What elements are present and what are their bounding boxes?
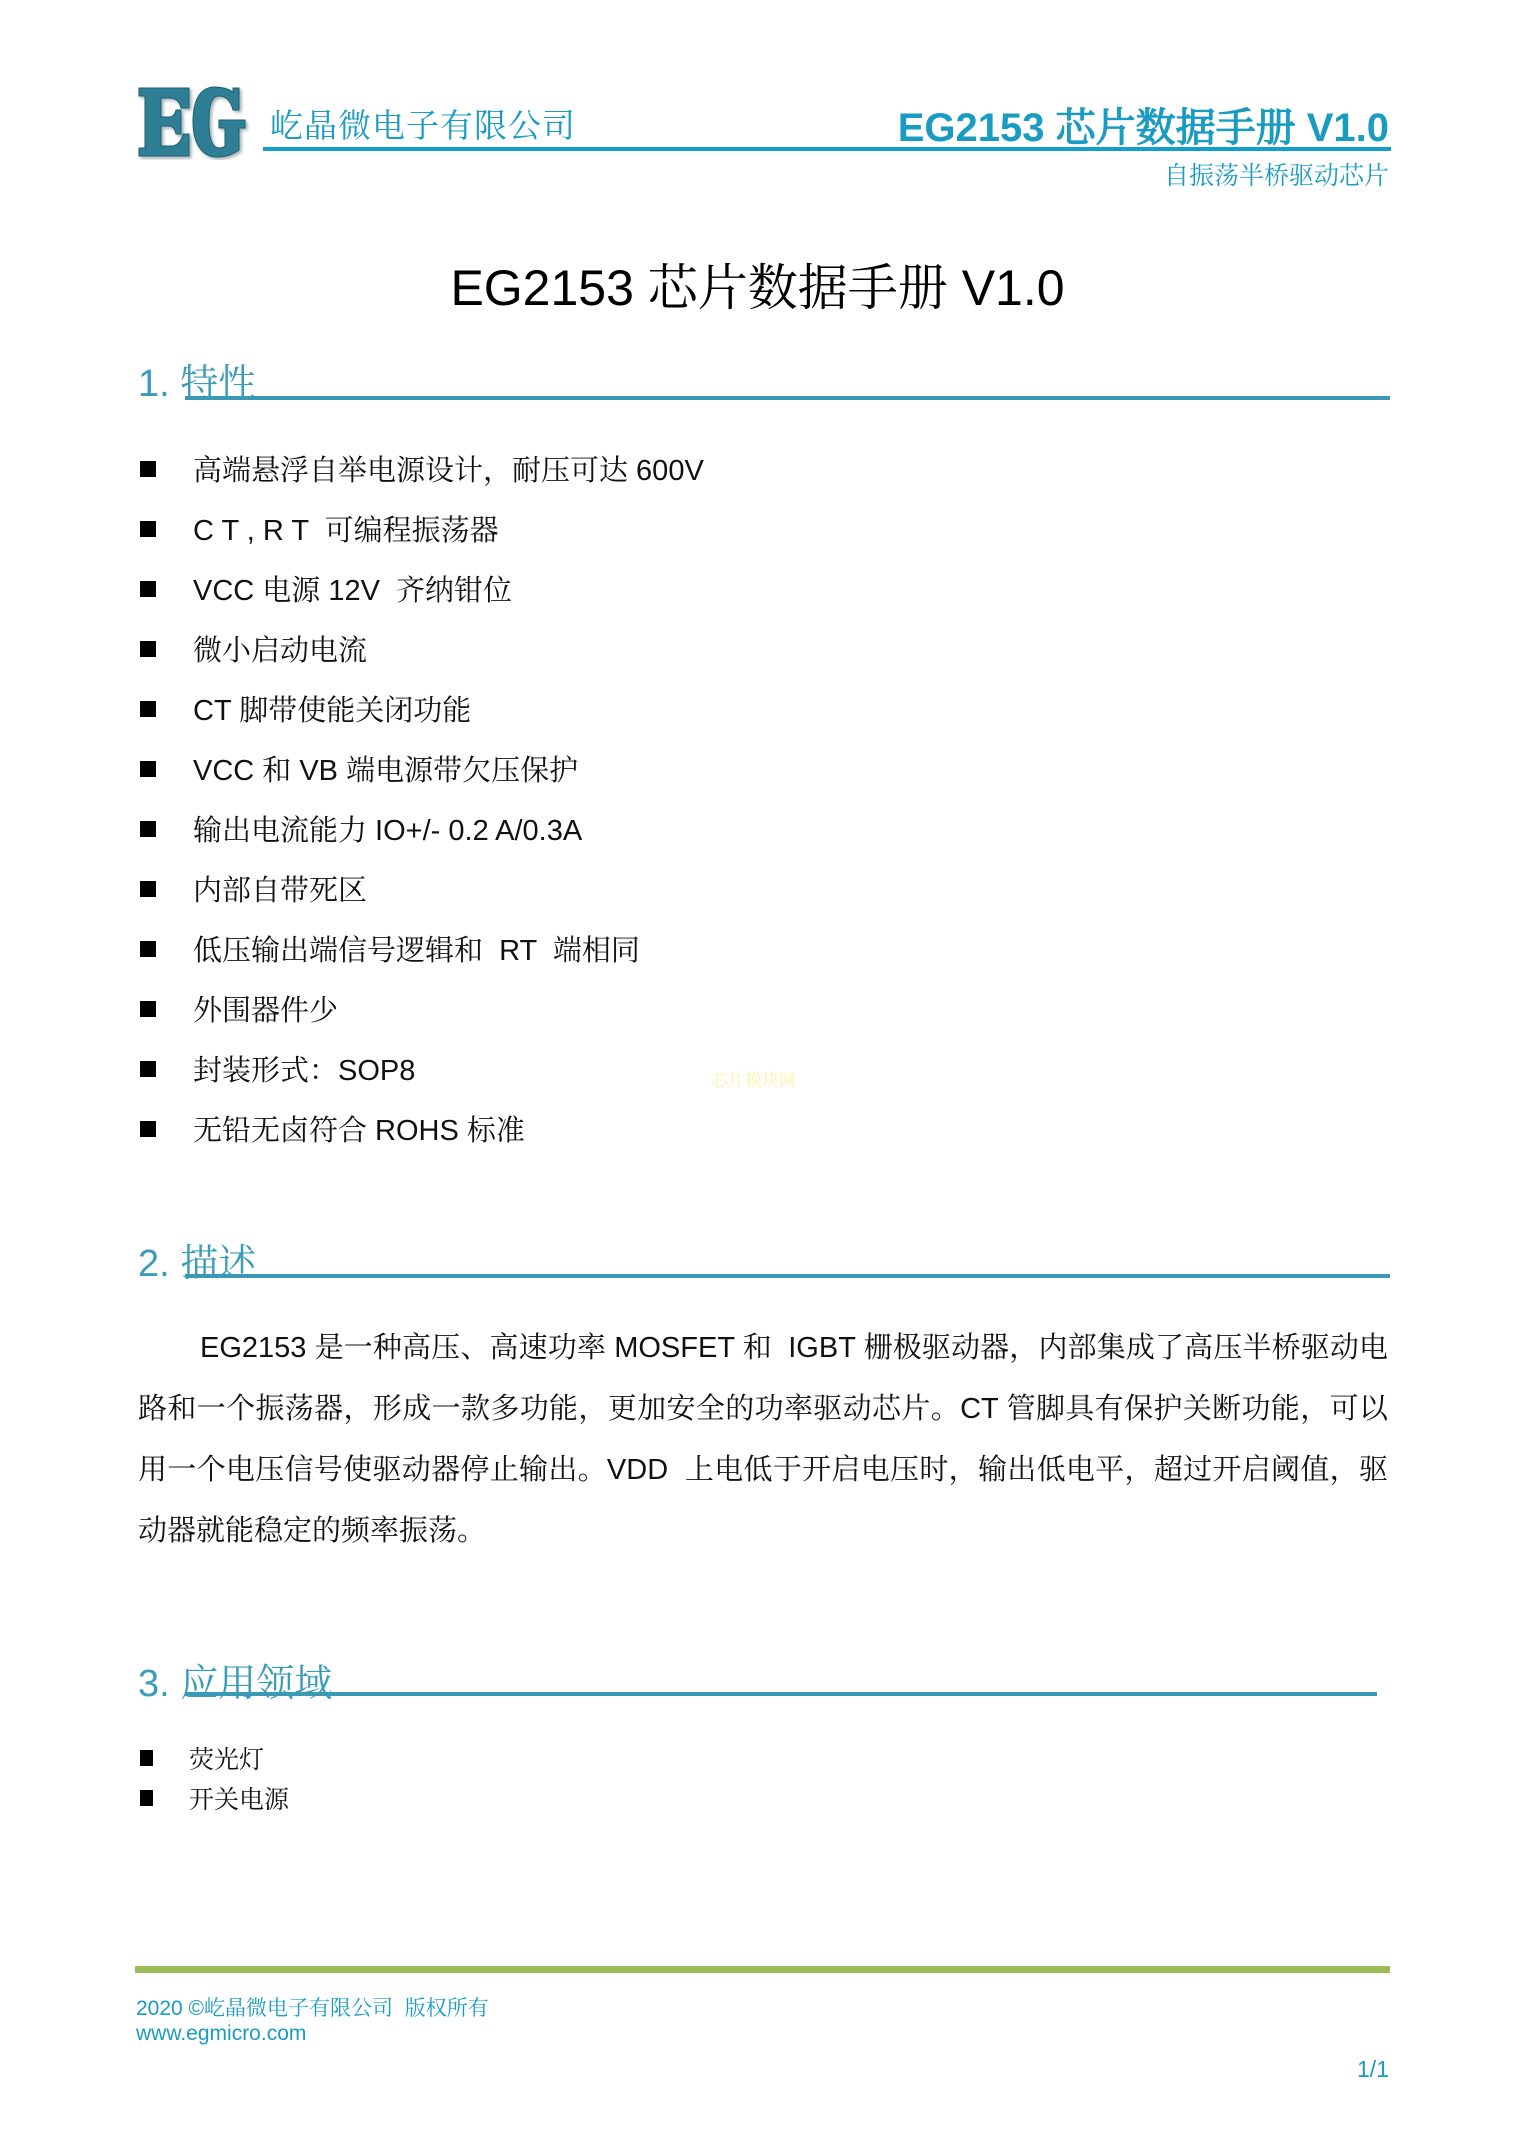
section-underline: [185, 1274, 1390, 1278]
bullet-square-icon: [140, 881, 156, 897]
watermark-text: 芯片模块网: [711, 1066, 796, 1091]
feature-text: 无铅无卤符合 ROHS 标准: [193, 1108, 525, 1149]
feature-item: VCC 电源 12V 齐纳钳位: [140, 568, 512, 609]
feature-text: 低压输出端信号逻辑和 RT 端相同: [193, 928, 640, 969]
footer-divider: [135, 1966, 1390, 1973]
feature-text: 输出电流能力 IO+/- 0.2 A/0.3A: [193, 808, 582, 849]
header-doc-title: EG2153 芯片数据手册 V1.0: [898, 96, 1389, 153]
feature-item: 输出电流能力 IO+/- 0.2 A/0.3A: [140, 808, 582, 849]
bullet-square-icon: [140, 701, 156, 717]
application-item: 荧光灯: [140, 1740, 264, 1776]
bullet-square-icon: [140, 461, 156, 477]
bullet-square-icon: [140, 581, 156, 597]
bullet-square-icon: [140, 821, 156, 837]
footer-website-link[interactable]: www.egmicro.com: [136, 2022, 306, 2046]
feature-item: 微小启动电流: [140, 628, 367, 669]
bullet-square-icon: [140, 1790, 153, 1806]
section-underline: [185, 1692, 1377, 1696]
feature-item: 无铅无卤符合 ROHS 标准: [140, 1108, 525, 1149]
bullet-square-icon: [140, 1061, 156, 1077]
feature-item: 低压输出端信号逻辑和 RT 端相同: [140, 928, 640, 969]
application-text: 荧光灯: [189, 1740, 264, 1776]
header-divider-left: [263, 147, 801, 151]
feature-text: CT 脚带使能关闭功能: [193, 688, 471, 729]
bullet-square-icon: [140, 1121, 156, 1137]
feature-item: CT 脚带使能关闭功能: [140, 688, 471, 729]
section-number: 3.: [138, 1663, 170, 1705]
bullet-square-icon: [140, 1750, 153, 1766]
feature-text: 微小启动电流: [193, 628, 367, 669]
footer-copyright: 2020 ©屹晶微电子有限公司 版权所有: [136, 1992, 489, 2022]
bullet-square-icon: [140, 941, 156, 957]
section-title: 应用领域: [180, 1663, 332, 1705]
section-heading-applications: 3. 应用领域: [138, 1652, 332, 1707]
section-heading-description: 2. 描述: [138, 1232, 256, 1287]
bullet-square-icon: [140, 761, 156, 777]
feature-item: VCC 和 VB 端电源带欠压保护: [140, 748, 578, 789]
section-title: 描述: [180, 1243, 256, 1285]
bullet-square-icon: [140, 521, 156, 537]
eg-logo: [135, 84, 255, 160]
feature-item: 内部自带死区: [140, 868, 367, 909]
header-subtitle: 自振荡半桥驱动芯片: [1164, 156, 1389, 192]
application-text: 开关电源: [189, 1780, 289, 1816]
feature-text: 内部自带死区: [193, 868, 367, 909]
feature-item: C T , R T 可编程振荡器: [140, 508, 499, 549]
section-underline: [185, 396, 1390, 400]
feature-text: VCC 电源 12V 齐纳钳位: [193, 568, 512, 609]
description-paragraph: EG2153 是一种高压、高速功率 MOSFET 和 IGBT 栅极驱动器，内部…: [138, 1318, 1388, 1562]
feature-text: VCC 和 VB 端电源带欠压保护: [193, 748, 578, 789]
page-title: EG2153 芯片数据手册 V1.0: [0, 248, 1515, 320]
company-name: 屹晶微电子有限公司: [270, 100, 576, 147]
bullet-square-icon: [140, 641, 156, 657]
section-number: 1.: [138, 363, 170, 405]
feature-text: 外围器件少: [193, 988, 338, 1029]
application-item: 开关电源: [140, 1780, 289, 1816]
page-number: 1/1: [1357, 2056, 1389, 2083]
section-number: 2.: [138, 1243, 170, 1285]
feature-text: C T , R T 可编程振荡器: [193, 508, 499, 549]
bullet-square-icon: [140, 1001, 156, 1017]
feature-item: 封装形式：SOP8: [140, 1048, 415, 1089]
feature-text: 高端悬浮自举电源设计，耐压可达 600V: [193, 448, 704, 489]
feature-item: 高端悬浮自举电源设计，耐压可达 600V: [140, 448, 704, 489]
feature-item: 外围器件少: [140, 988, 338, 1029]
feature-text: 封装形式：SOP8: [193, 1048, 415, 1089]
eg-logo-icon: [135, 84, 255, 160]
